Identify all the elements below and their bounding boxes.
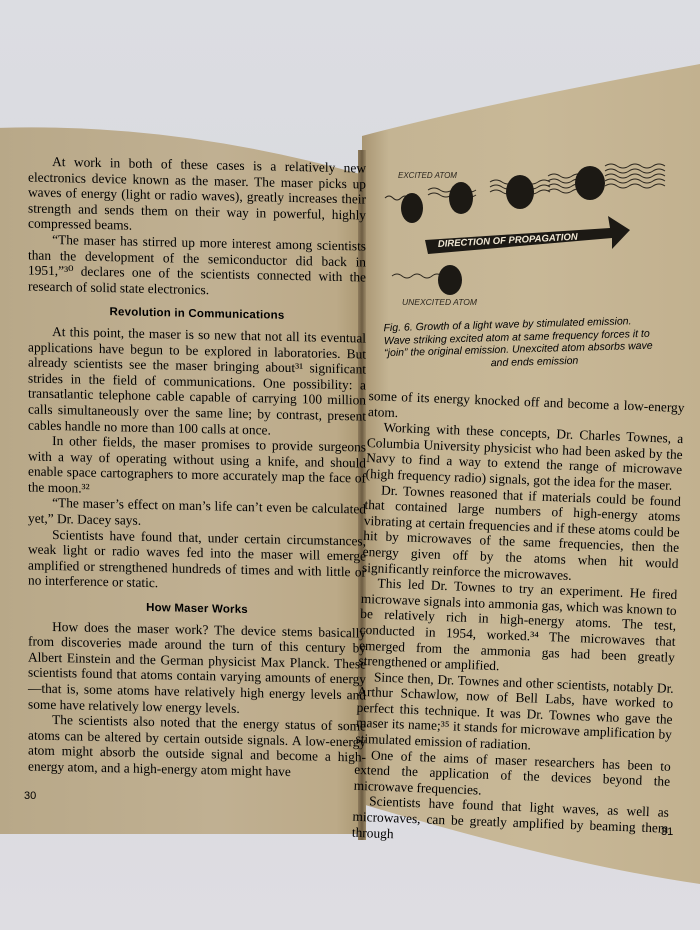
paragraph: Scientists have found that, under certai… bbox=[28, 526, 366, 595]
figure-caption: Fig. 6. Growth of a light wave by stimul… bbox=[383, 314, 684, 372]
svg-text:EXCITED ATOM: EXCITED ATOM bbox=[398, 171, 457, 180]
paragraph: Working with these concepts, Dr. Charles… bbox=[365, 419, 683, 493]
page-number: 30 bbox=[24, 790, 36, 802]
section-heading: How Maser Works bbox=[28, 598, 366, 621]
paragraph: Dr. Townes reasoned that if materials co… bbox=[362, 481, 681, 587]
right-page-body: some of its energy knocked off and becom… bbox=[352, 388, 685, 852]
section-heading: Revolution in Communications bbox=[28, 304, 366, 327]
paragraph: “The maser has stirred up more interest … bbox=[28, 231, 366, 300]
paragraph: This led Dr. Townes to try an experiment… bbox=[358, 575, 677, 681]
paragraph: Since then, Dr. Townes and other scienti… bbox=[355, 668, 674, 758]
stimulated-emission-figure: DIRECTION OF PROPAGATION EXCITED ATOM UN… bbox=[380, 150, 680, 310]
svg-text:DIRECTION OF PROPAGATION: DIRECTION OF PROPAGATION bbox=[438, 232, 580, 250]
left-page-body: At work in both of these cases is a rela… bbox=[28, 153, 366, 781]
paragraph: In other fields, the maser promises to p… bbox=[28, 433, 366, 502]
paragraph: How does the maser work? The device stem… bbox=[28, 618, 366, 719]
page-number: 31 bbox=[661, 826, 673, 838]
paragraph: The scientists also noted that the energ… bbox=[28, 712, 366, 781]
paragraph: At work in both of these cases is a rela… bbox=[28, 153, 366, 238]
svg-text:UNEXCITED ATOM: UNEXCITED ATOM bbox=[402, 297, 478, 307]
paragraph: At this point, the maser is so new that … bbox=[28, 323, 366, 439]
